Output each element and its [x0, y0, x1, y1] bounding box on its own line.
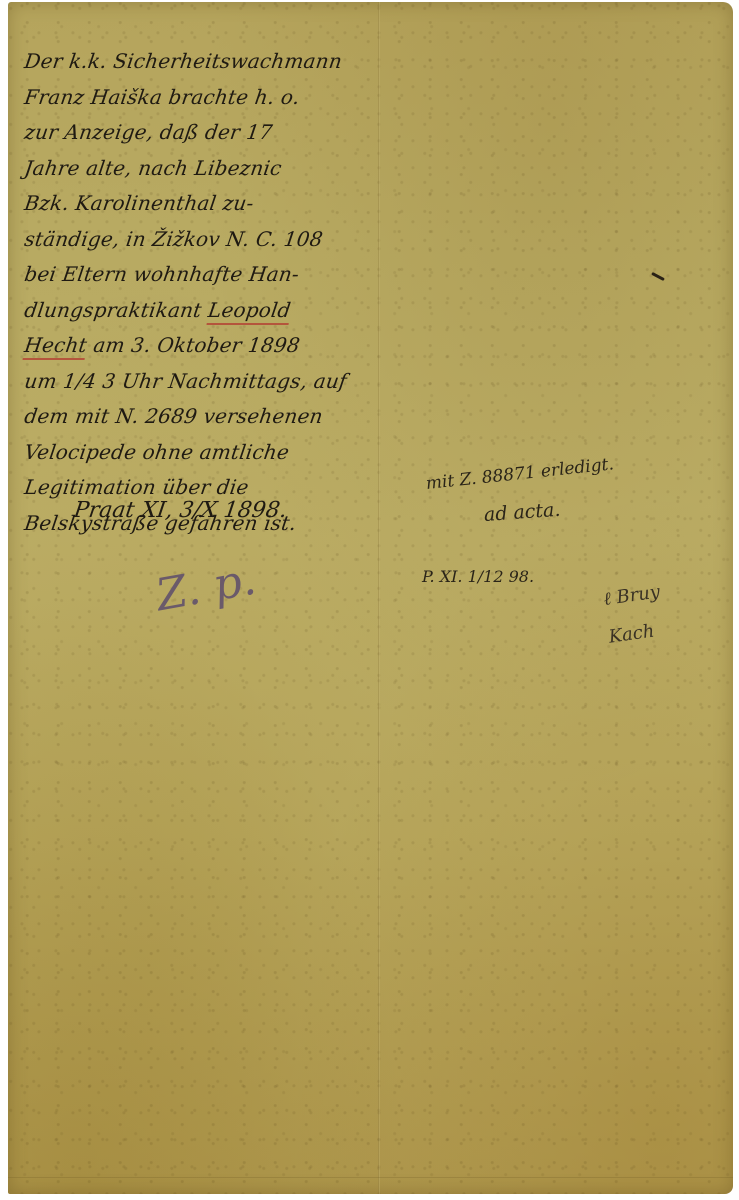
ink-mark — [651, 272, 665, 281]
disposition-date: P. XI. 1/12 98. — [422, 567, 534, 586]
text-line: Franz Haiška brachte h. o. — [22, 80, 379, 116]
disposition-line-2: ad acta. — [483, 487, 726, 526]
text-line: dem mit N. 2689 versehenen — [22, 399, 379, 435]
text-line-with-underlined-name: dlungspraktikant Leopold — [22, 293, 379, 329]
text-line: Velocipede ohne amtliche — [22, 435, 379, 471]
place-and-date: Praat XI, 3/X 1898. — [72, 498, 288, 523]
main-report-text: Der k.k. Sicherheitswachmann Franz Haišk… — [22, 44, 374, 541]
signature-right-line-2: Kach — [606, 611, 668, 657]
underlined-first-name: Leopold — [206, 298, 292, 325]
text-line-with-underlined-name: Hecht am 3. Oktober 1898 — [22, 328, 379, 364]
signature-right-line-1: ℓ Bruy — [601, 573, 663, 619]
disposition-line-1: mit Z. 88871 erledigt. — [425, 443, 725, 494]
signature-left: Z. p. — [152, 554, 259, 622]
text-line: Bzk. Karolinenthal zu- — [22, 186, 379, 222]
document-page: Der k.k. Sicherheitswachmann Franz Haišk… — [8, 2, 733, 1194]
text-line: ständige, in Žižkov N. C. 108 — [22, 222, 379, 258]
text-line: Der k.k. Sicherheitswachmann — [22, 44, 379, 80]
text-line: Jahre alte, nach Libeznic — [22, 151, 379, 187]
underlined-last-name: Hecht — [22, 333, 88, 360]
text-line: bei Eltern wohnhafte Han- — [22, 257, 379, 293]
text-line: zur Anzeige, daß der 17 — [22, 115, 379, 151]
vertical-fold-line — [378, 2, 380, 1194]
signature-right: ℓ Bruy Kach — [601, 573, 668, 656]
horizontal-fold-line — [8, 1177, 733, 1178]
text-line: um 1/4 3 Uhr Nachmittags, auf — [22, 364, 379, 400]
disposition-note: mit Z. 88871 erledigt. ad acta. — [426, 474, 726, 526]
